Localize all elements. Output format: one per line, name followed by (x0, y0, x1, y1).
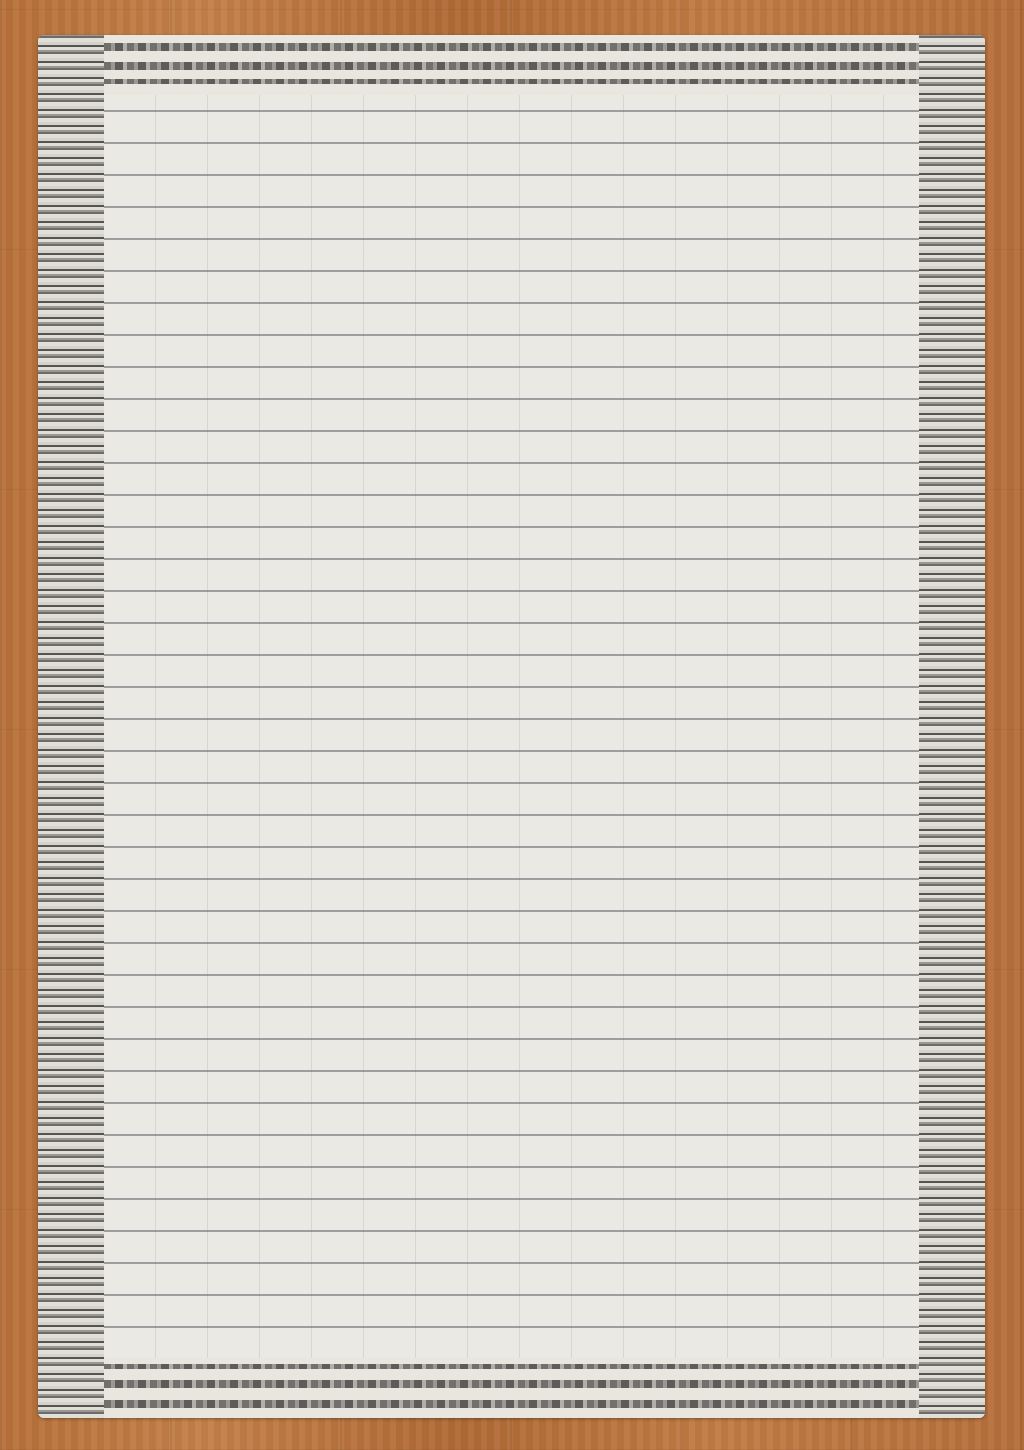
rug-right-border (919, 35, 985, 1418)
border-stripe (104, 1400, 919, 1408)
border-stripe (104, 1364, 919, 1369)
area-rug (38, 35, 985, 1418)
rug-bottom-border (104, 1358, 919, 1418)
border-stripe (104, 62, 919, 70)
rug-grid-field (104, 95, 919, 1358)
border-stripe (104, 79, 919, 84)
border-stripe (104, 43, 919, 51)
rug-left-border (38, 35, 104, 1418)
border-stripe (104, 1380, 919, 1388)
rug-top-border (104, 35, 919, 95)
